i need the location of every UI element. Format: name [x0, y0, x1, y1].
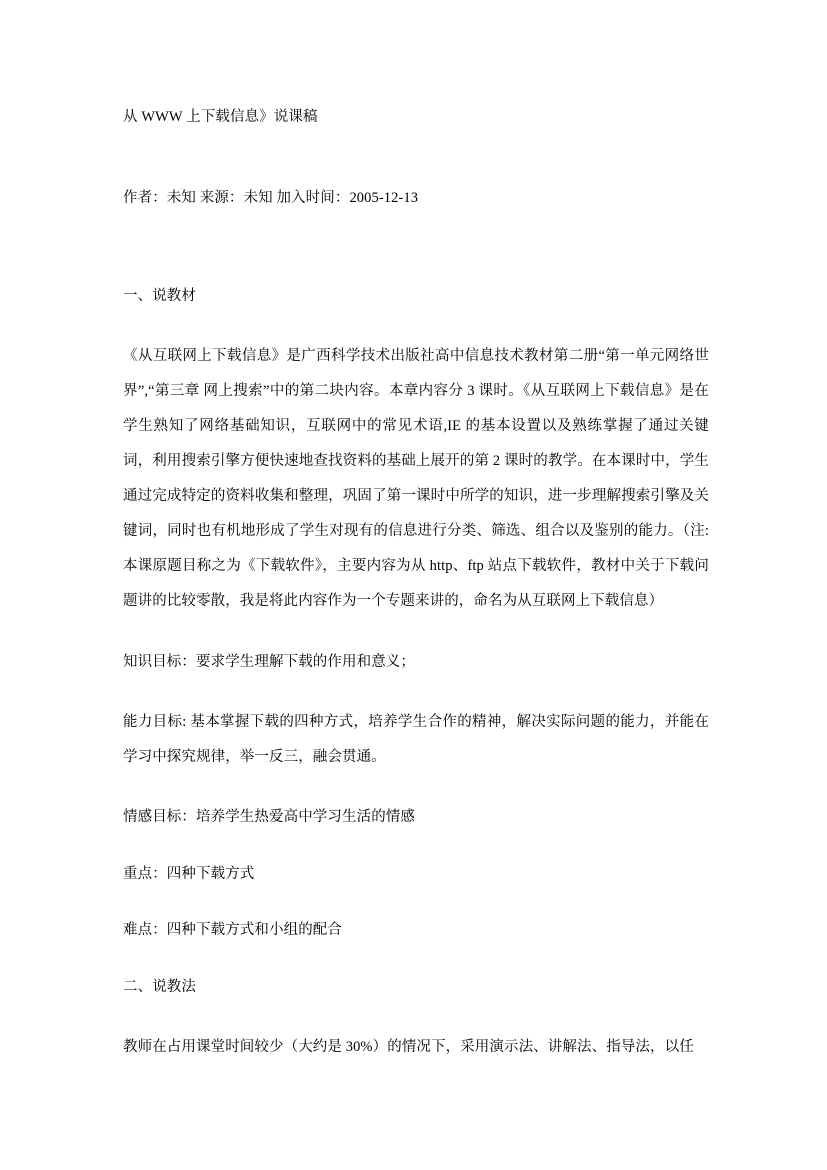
- difficult-point-line: 难点：四种下载方式和小组的配合: [123, 913, 709, 948]
- key-point-line: 重点：四种下载方式: [123, 857, 709, 892]
- section-heading-teaching-method: 二、说教法: [123, 970, 709, 1005]
- paragraph-teaching-method: 教师在占用课堂时间较少（大约是 30%）的情况下，采用演示法、讲解法、指导法，以…: [123, 1030, 709, 1065]
- emotion-goal-line: 情感目标：培养学生热爱高中学习生活的情感: [123, 800, 709, 835]
- section-heading-teaching-material: 一、说教材: [123, 279, 709, 314]
- document-byline: 作者：未知 来源：未知 加入时间：2005-12-13: [123, 181, 709, 216]
- document-page: 从 WWW 上下载信息》说课稿 作者：未知 来源：未知 加入时间：2005-12…: [0, 0, 827, 1170]
- knowledge-goal-line: 知识目标：要求学生理解下载的作用和意义；: [123, 645, 709, 680]
- paragraph-teaching-material: 《从互联网上下载信息》是广西科学技术出版社高中信息技术教材第二册“第一单元网络世…: [123, 339, 709, 619]
- ability-goal-line: 能力目标: 基本掌握下载的四种方式，培养学生合作的精神，解决实际问题的能力，并能…: [123, 705, 709, 775]
- document-title: 从 WWW 上下载信息》说课稿: [123, 100, 709, 135]
